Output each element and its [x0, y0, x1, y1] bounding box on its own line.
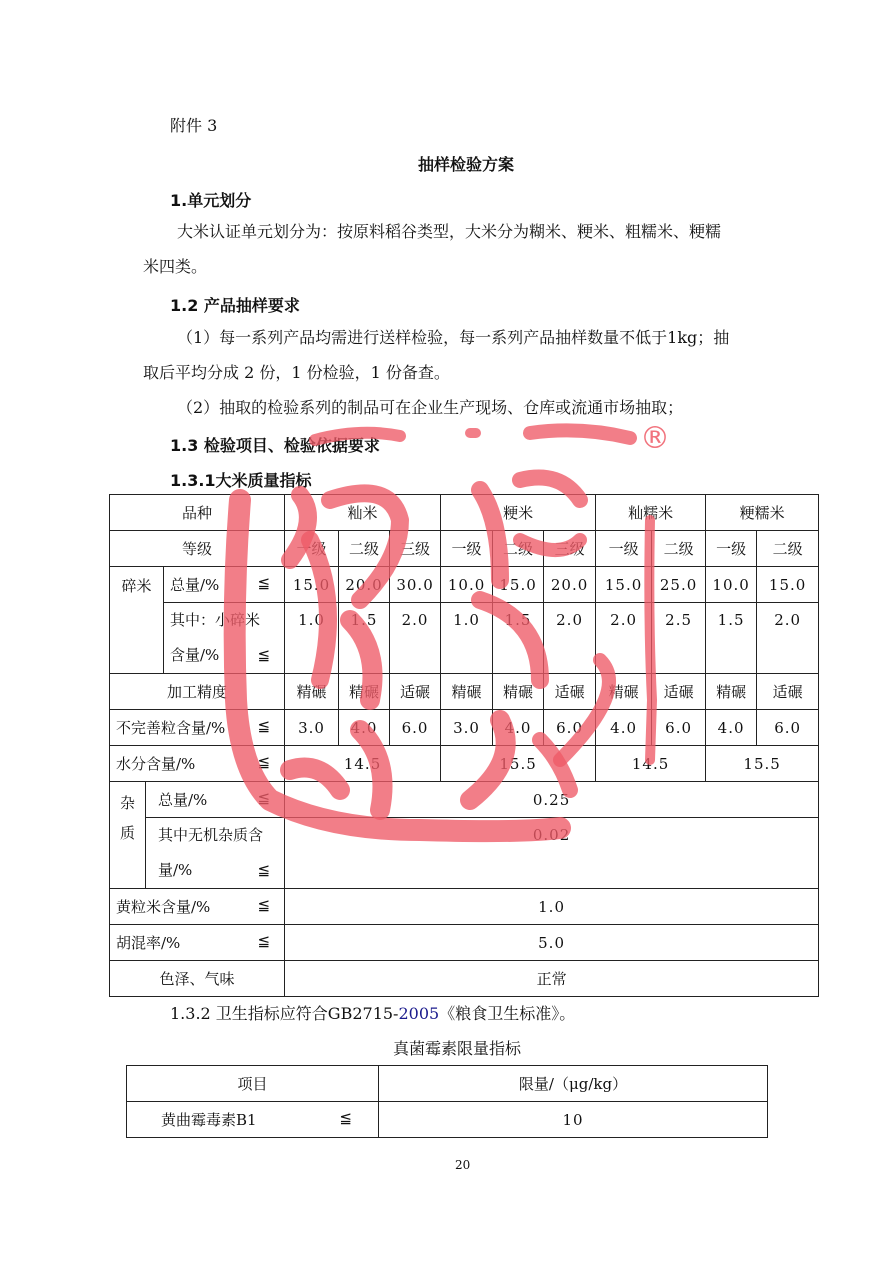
- imperfect-label-text: 不完善粒含量/%: [116, 719, 225, 737]
- standard-suffix: 《粮食卫生标准》。: [439, 1004, 575, 1023]
- grade-cell: 一级: [441, 531, 493, 567]
- value-cell: 20.0: [339, 567, 390, 603]
- grade-cell: 二级: [757, 531, 819, 567]
- broken-rice-group-label: 碎米: [110, 567, 164, 674]
- moisture-label-text: 水分含量/%: [116, 755, 195, 773]
- standard-year: 2005: [398, 1004, 439, 1023]
- mixed-label: 胡混率/%≦: [110, 925, 285, 961]
- mycotoxin-item-text: 黄曲霉毒素B1: [161, 1111, 257, 1129]
- le-symbol: ≦: [257, 574, 270, 592]
- value-cell: 15.5: [706, 746, 819, 782]
- impurity-total-label-text: 总量/%: [158, 791, 207, 809]
- le-symbol: ≦: [257, 753, 270, 771]
- yellow-label: 黄粒米含量/%≦: [110, 889, 285, 925]
- value-cell: 2.0: [757, 603, 819, 674]
- small-broken-label: 其中：小碎米 含量/%≦: [164, 603, 285, 674]
- moisture-row: 水分含量/%≦ 14.5 15.5 14.5 15.5: [110, 746, 819, 782]
- value-cell: 适碾: [390, 674, 441, 710]
- value-cell: 15.0: [596, 567, 652, 603]
- impurity-total-label: 总量/%≦: [146, 782, 285, 818]
- impurity-group-label: 杂 质: [110, 782, 146, 889]
- value-cell: 6.0: [390, 710, 441, 746]
- inorganic-label-line2: 量/%: [158, 861, 192, 879]
- yellow-row: 黄粒米含量/%≦ 1.0: [110, 889, 819, 925]
- section-1-2-item1-line1: （1）每一系列产品均需进行送样检验，每一系列产品抽样数量不低于1kg；抽: [177, 328, 729, 348]
- variety-japonica: 粳米: [441, 495, 596, 531]
- value-cell: 10.0: [441, 567, 493, 603]
- rice-quality-table: 品种 籼米 粳米 籼糯米 粳糯米 等级 一级 二级 三级 一级 二级 三级 一级…: [109, 494, 819, 997]
- value-cell: 10.0: [706, 567, 757, 603]
- value-cell: 1.0: [441, 603, 493, 674]
- grade-label: 等级: [110, 531, 285, 567]
- value-cell: 精碾: [493, 674, 544, 710]
- broken-total-text: 总量/%: [170, 576, 219, 594]
- broken-total-row: 碎米 总量/%≦ 15.0 20.0 30.0 10.0 15.0 20.0 1…: [110, 567, 819, 603]
- value-cell: 适碾: [544, 674, 596, 710]
- grade-cell: 一级: [596, 531, 652, 567]
- value-cell: 1.5: [339, 603, 390, 674]
- value-cell: 1.5: [493, 603, 544, 674]
- value-cell: 6.0: [652, 710, 706, 746]
- grade-cell: 二级: [652, 531, 706, 567]
- le-symbol: ≦: [257, 853, 270, 888]
- value-cell: 0.02: [285, 818, 819, 889]
- color-odor-row: 色泽、气味 正常: [110, 961, 819, 997]
- impurity-group-char2: 质: [110, 818, 145, 848]
- mycotoxin-table: 项目 限量/（μg/kg） 黄曲霉毒素B1≦ 10: [126, 1065, 768, 1138]
- inorganic-row: 其中无机杂质含 量/%≦ 0.02: [110, 818, 819, 889]
- header-limit: 限量/（μg/kg）: [379, 1066, 768, 1102]
- grade-row: 等级 一级 二级 三级 一级 二级 三级 一级 二级 一级 二级: [110, 531, 819, 567]
- precision-label: 加工精度: [110, 674, 285, 710]
- variety-indica: 籼米: [285, 495, 441, 531]
- variety-japonica-glutinous: 粳糯米: [706, 495, 819, 531]
- moisture-label: 水分含量/%≦: [110, 746, 285, 782]
- value-cell: 4.0: [339, 710, 390, 746]
- le-symbol: ≦: [257, 717, 270, 735]
- value-cell: 15.0: [757, 567, 819, 603]
- value-cell: 6.0: [757, 710, 819, 746]
- section-1-2-item1-line2: 取后平均分成 2 份，1 份检验，1 份备查。: [143, 363, 450, 383]
- grade-cell: 二级: [339, 531, 390, 567]
- mycotoxin-header-row: 项目 限量/（μg/kg）: [127, 1066, 768, 1102]
- imperfect-row: 不完善粒含量/%≦ 3.0 4.0 6.0 3.0 4.0 6.0 4.0 6.…: [110, 710, 819, 746]
- broken-total-label: 总量/%≦: [164, 567, 285, 603]
- impurity-group-char1: 杂: [110, 788, 145, 818]
- section-1-3-1-heading: 1.3.1大米质量指标: [170, 468, 312, 491]
- grade-cell: 三级: [544, 531, 596, 567]
- header-item: 项目: [127, 1066, 379, 1102]
- value-cell: 30.0: [390, 567, 441, 603]
- value-cell: 6.0: [544, 710, 596, 746]
- section-1-2-item2: （2）抽取的检验系列的制品可在企业生产现场、仓库或流通市场抽取；: [177, 398, 683, 418]
- le-symbol: ≦: [339, 1109, 352, 1127]
- value-cell: 适碾: [757, 674, 819, 710]
- section-1-paragraph-line1: 大米认证单元划分为：按原料稻谷类型，大米分为糊米、粳米、粗糯米、粳糯: [177, 222, 721, 242]
- value-cell: 14.5: [596, 746, 706, 782]
- value-cell: 14.5: [285, 746, 441, 782]
- value-cell: 4.0: [493, 710, 544, 746]
- yellow-label-text: 黄粒米含量/%: [116, 898, 210, 916]
- section-1-heading: 1.单元划分: [170, 188, 251, 211]
- value-cell: 20.0: [544, 567, 596, 603]
- le-symbol: ≦: [257, 789, 270, 807]
- precision-row: 加工精度 精碾 精碾 适碾 精碾 精碾 适碾 精碾 适碾 精碾 适碾: [110, 674, 819, 710]
- value-cell: 精碾: [596, 674, 652, 710]
- grade-cell: 一级: [706, 531, 757, 567]
- value-cell: 4.0: [596, 710, 652, 746]
- grade-cell: 三级: [390, 531, 441, 567]
- mycotoxin-table-title: 真菌霉素限量指标: [393, 1039, 521, 1059]
- small-broken-label-line1: 其中：小碎米: [170, 603, 284, 638]
- grade-cell: 二级: [493, 531, 544, 567]
- variety-row: 品种 籼米 粳米 籼糯米 粳糯米: [110, 495, 819, 531]
- value-cell: 5.0: [285, 925, 819, 961]
- value-cell: 2.0: [544, 603, 596, 674]
- value-cell: 精碾: [285, 674, 339, 710]
- value-cell: 4.0: [706, 710, 757, 746]
- value-cell: 正常: [285, 961, 819, 997]
- mycotoxin-row: 黄曲霉毒素B1≦ 10: [127, 1102, 768, 1138]
- value-cell: 2.0: [390, 603, 441, 674]
- value-cell: 精碾: [706, 674, 757, 710]
- value-cell: 2.5: [652, 603, 706, 674]
- mixed-label-text: 胡混率/%: [116, 934, 180, 952]
- page-number: 20: [455, 1158, 470, 1172]
- value-cell: 15.0: [493, 567, 544, 603]
- value-cell: 1.0: [285, 603, 339, 674]
- inorganic-label: 其中无机杂质含 量/%≦: [146, 818, 285, 889]
- section-1-paragraph-line2: 米四类。: [143, 257, 207, 277]
- mycotoxin-limit: 10: [379, 1102, 768, 1138]
- color-odor-label: 色泽、气味: [110, 961, 285, 997]
- mycotoxin-item: 黄曲霉毒素B1≦: [127, 1102, 379, 1138]
- value-cell: 15.5: [441, 746, 596, 782]
- mixed-row: 胡混率/%≦ 5.0: [110, 925, 819, 961]
- section-1-3-heading: 1.3 检验项目、检验依据要求: [170, 433, 380, 456]
- value-cell: 精碾: [339, 674, 390, 710]
- variety-label: 品种: [110, 495, 285, 531]
- document-title: 抽样检验方案: [418, 152, 514, 175]
- value-cell: 3.0: [441, 710, 493, 746]
- le-symbol: ≦: [257, 932, 270, 950]
- registered-mark: ®: [640, 421, 670, 456]
- small-broken-label-line2: 含量/%: [170, 646, 219, 664]
- value-cell: 0.25: [285, 782, 819, 818]
- le-symbol: ≦: [257, 638, 270, 673]
- standard-prefix: 1.3.2 卫生指标应符合GB2715-: [170, 1004, 398, 1023]
- value-cell: 3.0: [285, 710, 339, 746]
- le-symbol: ≦: [257, 896, 270, 914]
- impurity-total-row: 杂 质 总量/%≦ 0.25: [110, 782, 819, 818]
- value-cell: 精碾: [441, 674, 493, 710]
- value-cell: 25.0: [652, 567, 706, 603]
- section-1-2-heading: 1.2 产品抽样要求: [170, 293, 300, 316]
- value-cell: 1.0: [285, 889, 819, 925]
- value-cell: 2.0: [596, 603, 652, 674]
- variety-indica-glutinous: 籼糯米: [596, 495, 706, 531]
- value-cell: 15.0: [285, 567, 339, 603]
- value-cell: 适碾: [652, 674, 706, 710]
- section-1-3-2-text: 1.3.2 卫生指标应符合GB2715-2005《粮食卫生标准》。: [170, 1004, 575, 1024]
- attachment-label: 附件 3: [170, 116, 217, 136]
- small-broken-row: 其中：小碎米 含量/%≦ 1.0 1.5 2.0 1.0 1.5 2.0 2.0…: [110, 603, 819, 674]
- value-cell: 1.5: [706, 603, 757, 674]
- inorganic-label-line1: 其中无机杂质含: [158, 818, 284, 853]
- imperfect-label: 不完善粒含量/%≦: [110, 710, 285, 746]
- grade-cell: 一级: [285, 531, 339, 567]
